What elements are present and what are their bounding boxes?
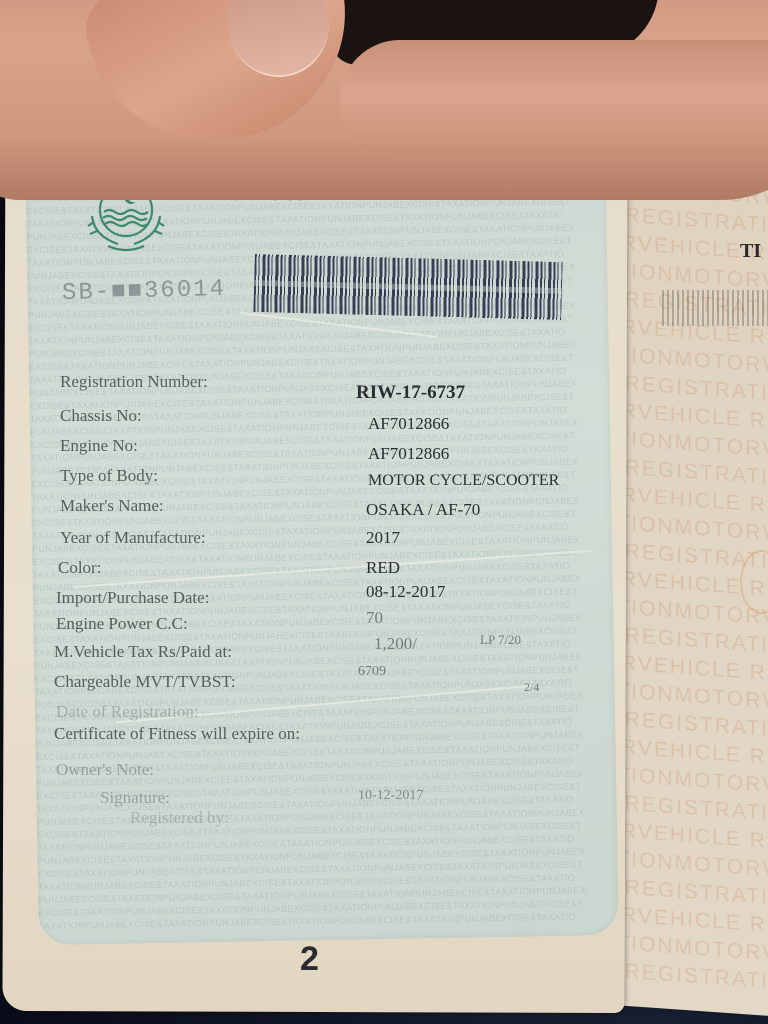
field-extra: 2/4 <box>524 680 539 695</box>
serial-number: SB-■■36014 <box>62 276 227 307</box>
field-label: Owner's Note: <box>56 760 154 780</box>
field-label: Year of Manufacture: <box>60 528 206 548</box>
right-page-stamp <box>662 290 768 326</box>
photo-scene: MOTORVEHICLE REGIS TRATIONMOTORVEHI CLE … <box>0 0 768 1024</box>
right-page-heading: TI <box>740 240 761 263</box>
field-value: 6709 <box>358 664 386 680</box>
field-value: MOTOR CYCLE/SCOOTER <box>368 472 559 490</box>
field-value: AF7012866 <box>368 444 449 464</box>
field-label: Color: <box>58 558 101 578</box>
field-value: AF7012866 <box>368 414 449 434</box>
field-value: 70 <box>366 608 383 628</box>
field-value: 10-12-2017 <box>358 788 423 804</box>
field-label: Signature: <box>100 788 170 808</box>
field-label: Engine No: <box>60 436 138 456</box>
field-value: OSAKA / AF-70 <box>366 500 480 520</box>
field-label: Import/Purchase Date: <box>56 588 209 608</box>
field-label: Chassis No: <box>60 406 142 426</box>
field-label: Maker's Name: <box>60 496 164 516</box>
field-extra: LP 7/20 <box>480 632 521 648</box>
field-value: RIW-17-6737 <box>356 382 465 404</box>
field-label: Certificate of Fitness will expire on: <box>54 724 300 744</box>
field-value: RED <box>366 558 400 578</box>
field-label: Type of Body: <box>60 466 158 486</box>
field-label: Date of Registration: <box>56 702 199 722</box>
field-label: M.Vehicle Tax Rs/Paid at: <box>54 642 232 662</box>
field-label: Registered by: <box>130 808 229 828</box>
field-value: 2017 <box>366 528 400 548</box>
index-finger <box>340 40 768 160</box>
field-value: 08-12-2017 <box>366 582 445 602</box>
field-label: Registration Number: <box>60 372 208 392</box>
field-label: Engine Power C.C: <box>56 614 188 634</box>
field-value: 1,200/ <box>374 634 417 654</box>
barcode <box>253 254 562 320</box>
page-number: 2 <box>300 940 319 979</box>
field-label: Chargeable MVT/TVBST: <box>54 672 236 692</box>
